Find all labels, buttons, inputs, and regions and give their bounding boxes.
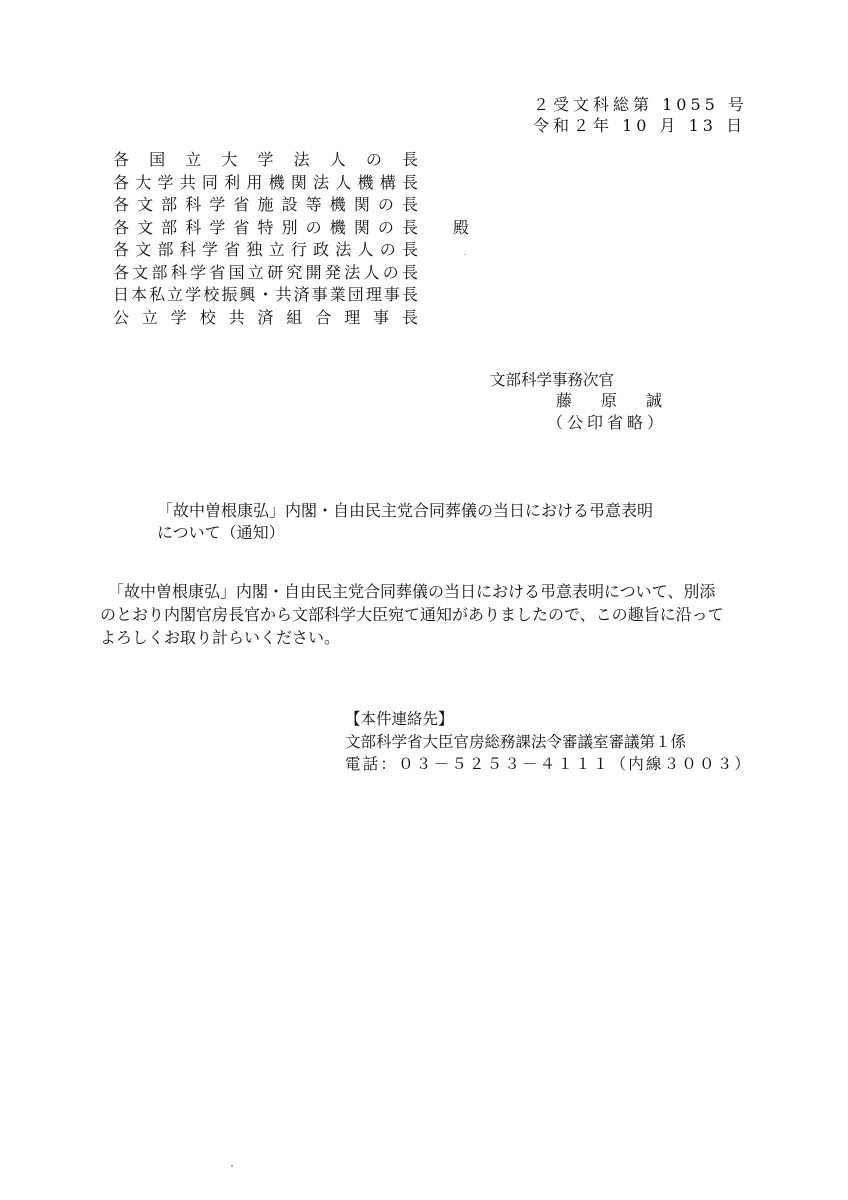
recipient: 各文部科学省施設等機関の長 [113,194,418,217]
subject: 「故中曽根康弘」内閣・自由民主党合同葬儀の当日における弔意表明 について（通知） [157,500,653,544]
scan-speck [464,254,465,255]
recipient: 各大学共同利用機関法人機構長 [113,172,418,195]
recipient: 各文部科学省国立研究開発法人の長 [113,262,418,285]
contact-department: 文部科学省大臣官房総務課法令審議室審議第１係 [345,731,752,754]
recipient: 各文部科学省独立行政法人の長 [113,239,418,262]
document-number: ２受文科総第 1055 号 [533,95,748,115]
body-line: のとおり内閣官房長官から文部科学大臣宛て通知がありましたので、この趣旨に沿って [100,603,760,626]
recipient: 公立学校共済組合理事長 [113,307,418,330]
body-line: よろしくお取り計らいください。 [100,626,760,649]
subject-line: 「故中曽根康弘」内閣・自由民主党合同葬儀の当日における弔意表明 [157,500,653,522]
body-line: 「故中曽根康弘」内閣・自由民主党合同葬儀の当日における弔意表明について、別添 [100,580,760,603]
body-paragraph: 「故中曽根康弘」内閣・自由民主党合同葬儀の当日における弔意表明について、別添 の… [100,580,760,649]
scan-speck [231,1165,233,1167]
sender-name: 藤原誠 [556,390,662,412]
sender-title: 文部科学事務次官 [490,369,614,391]
honorific: 殿 [453,217,469,239]
contact-block: 【本件連絡先】 文部科学省大臣官房総務課法令審議室審議第１係 電話：０３－５２５… [345,708,752,776]
seal-omitted-note: （公印省略） [547,412,663,434]
document-date: 令和２年 10 月 13 日 [533,116,746,136]
recipient: 日本私立学校振興・共済事業団理事長 [113,284,418,307]
subject-line: について（通知） [157,522,653,544]
recipient: 各国立大学法人の長 [113,149,418,172]
recipient: 各文部科学省特別の機関の長 [113,217,418,240]
document-page: ２受文科総第 1055 号 令和２年 10 月 13 日 各国立大学法人の長 各… [0,0,848,1200]
contact-phone: 電話：０３－５２５３－４１１１（内線３００３） [345,753,752,776]
contact-heading: 【本件連絡先】 [345,708,752,731]
recipient-list: 各国立大学法人の長 各大学共同利用機関法人機構長 各文部科学省施設等機関の長 各… [113,149,418,329]
